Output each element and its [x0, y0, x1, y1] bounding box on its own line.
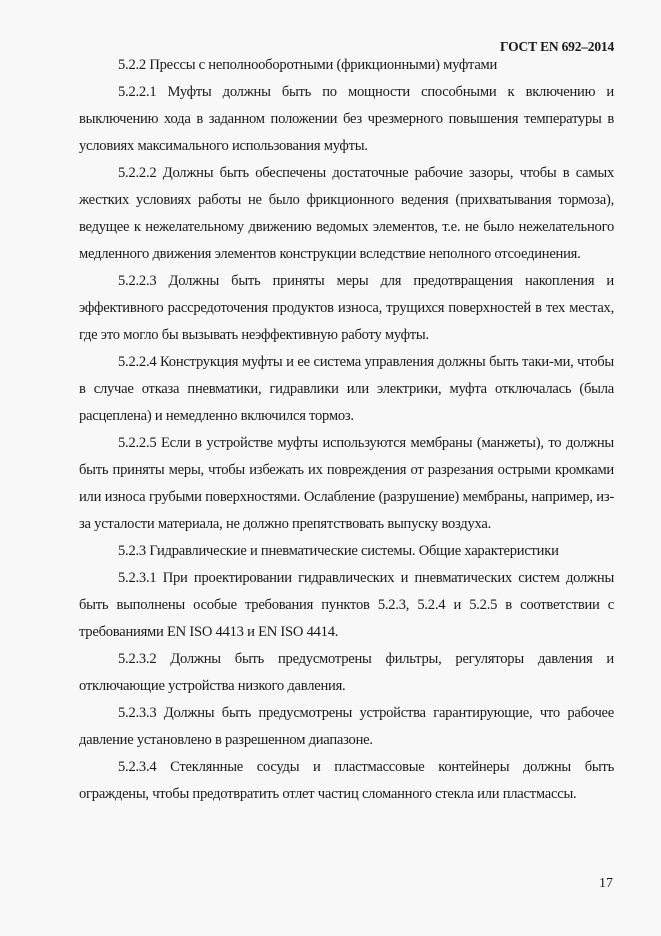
page-number: 17 — [599, 876, 613, 892]
paragraph-5-2-2-3: 5.2.2.3 Должны быть приняты меры для пре… — [79, 268, 614, 349]
paragraph-5-2-2-4: 5.2.2.4 Конструкция муфты и ее система у… — [79, 349, 614, 430]
paragraph-5-2-2-2: 5.2.2.2 Должны быть обеспечены достаточн… — [79, 160, 614, 268]
paragraph-5-2-2-5: 5.2.2.5 Если в устройстве муфты использу… — [79, 430, 614, 538]
paragraph-5-2-3-1: 5.2.3.1 При проектировании гидравлически… — [79, 565, 614, 646]
paragraph-5-2-3-3: 5.2.3.3 Должны быть предусмотрены устрой… — [79, 700, 614, 754]
section-heading-5-2-3: 5.2.3 Гидравлические и пневматические си… — [79, 538, 614, 565]
paragraph-5-2-3-2: 5.2.3.2 Должны быть предусмотрены фильтр… — [79, 646, 614, 700]
paragraph-5-2-2-1: 5.2.2.1 Муфты должны быть по мощности сп… — [79, 79, 614, 160]
paragraph-5-2-3-4: 5.2.3.4 Стеклянные сосуды и пластмассовы… — [79, 754, 614, 808]
document-body: 5.2.2 Прессы с неполнооборотными (фрикци… — [79, 52, 614, 808]
section-heading-5-2-2: 5.2.2 Прессы с неполнооборотными (фрикци… — [79, 52, 614, 79]
